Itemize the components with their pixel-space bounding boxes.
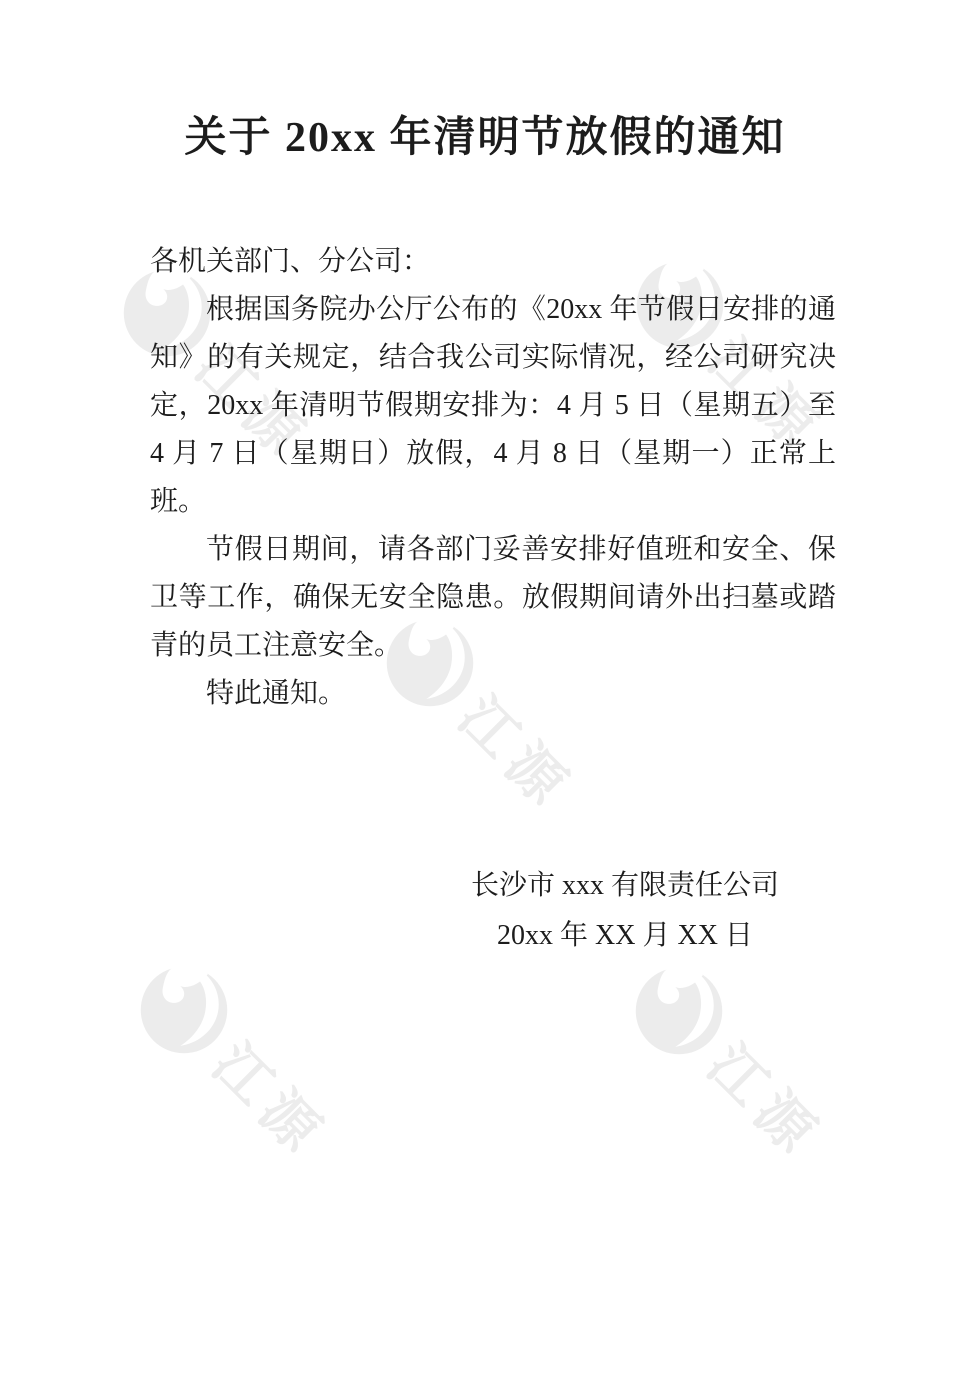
watermark-text: 江源 [698,1035,830,1167]
notice-document-page: { "page": { "background": "#ffffff", "te… [0,0,970,1373]
notice-title: 关于 20xx 年清明节放假的通知 [0,114,970,162]
notice-paragraph: 根据国务院办公厅公布的《20xx 年节假日安排的通知》的有关规定，结合我公司实际… [150,286,836,526]
signature-company: 长沙市 xxx 有限责任公司 [440,861,810,911]
signature-block: 长沙市 xxx 有限责任公司 20xx 年 XX 月 XX 日 [440,861,810,961]
notice-salutation: 各机关部门、分公司： [150,238,836,286]
notice-paragraph: 节假日期间，请各部门妥善安排好值班和安全、保卫等工作，确保无安全隐患。放假期间请… [150,526,836,670]
jiangyuan-logo-icon [138,964,230,1056]
watermark-text: 江源 [203,1034,335,1166]
notice-paragraph: 特此通知。 [150,670,836,718]
signature-date: 20xx 年 XX 月 XX 日 [440,911,810,961]
notice-body: 各机关部门、分公司： 根据国务院办公厅公布的《20xx 年节假日安排的通知》的有… [150,238,836,718]
watermark: 江源 [633,965,863,1195]
jiangyuan-logo-icon [633,965,725,1057]
watermark: 江源 [138,964,368,1194]
